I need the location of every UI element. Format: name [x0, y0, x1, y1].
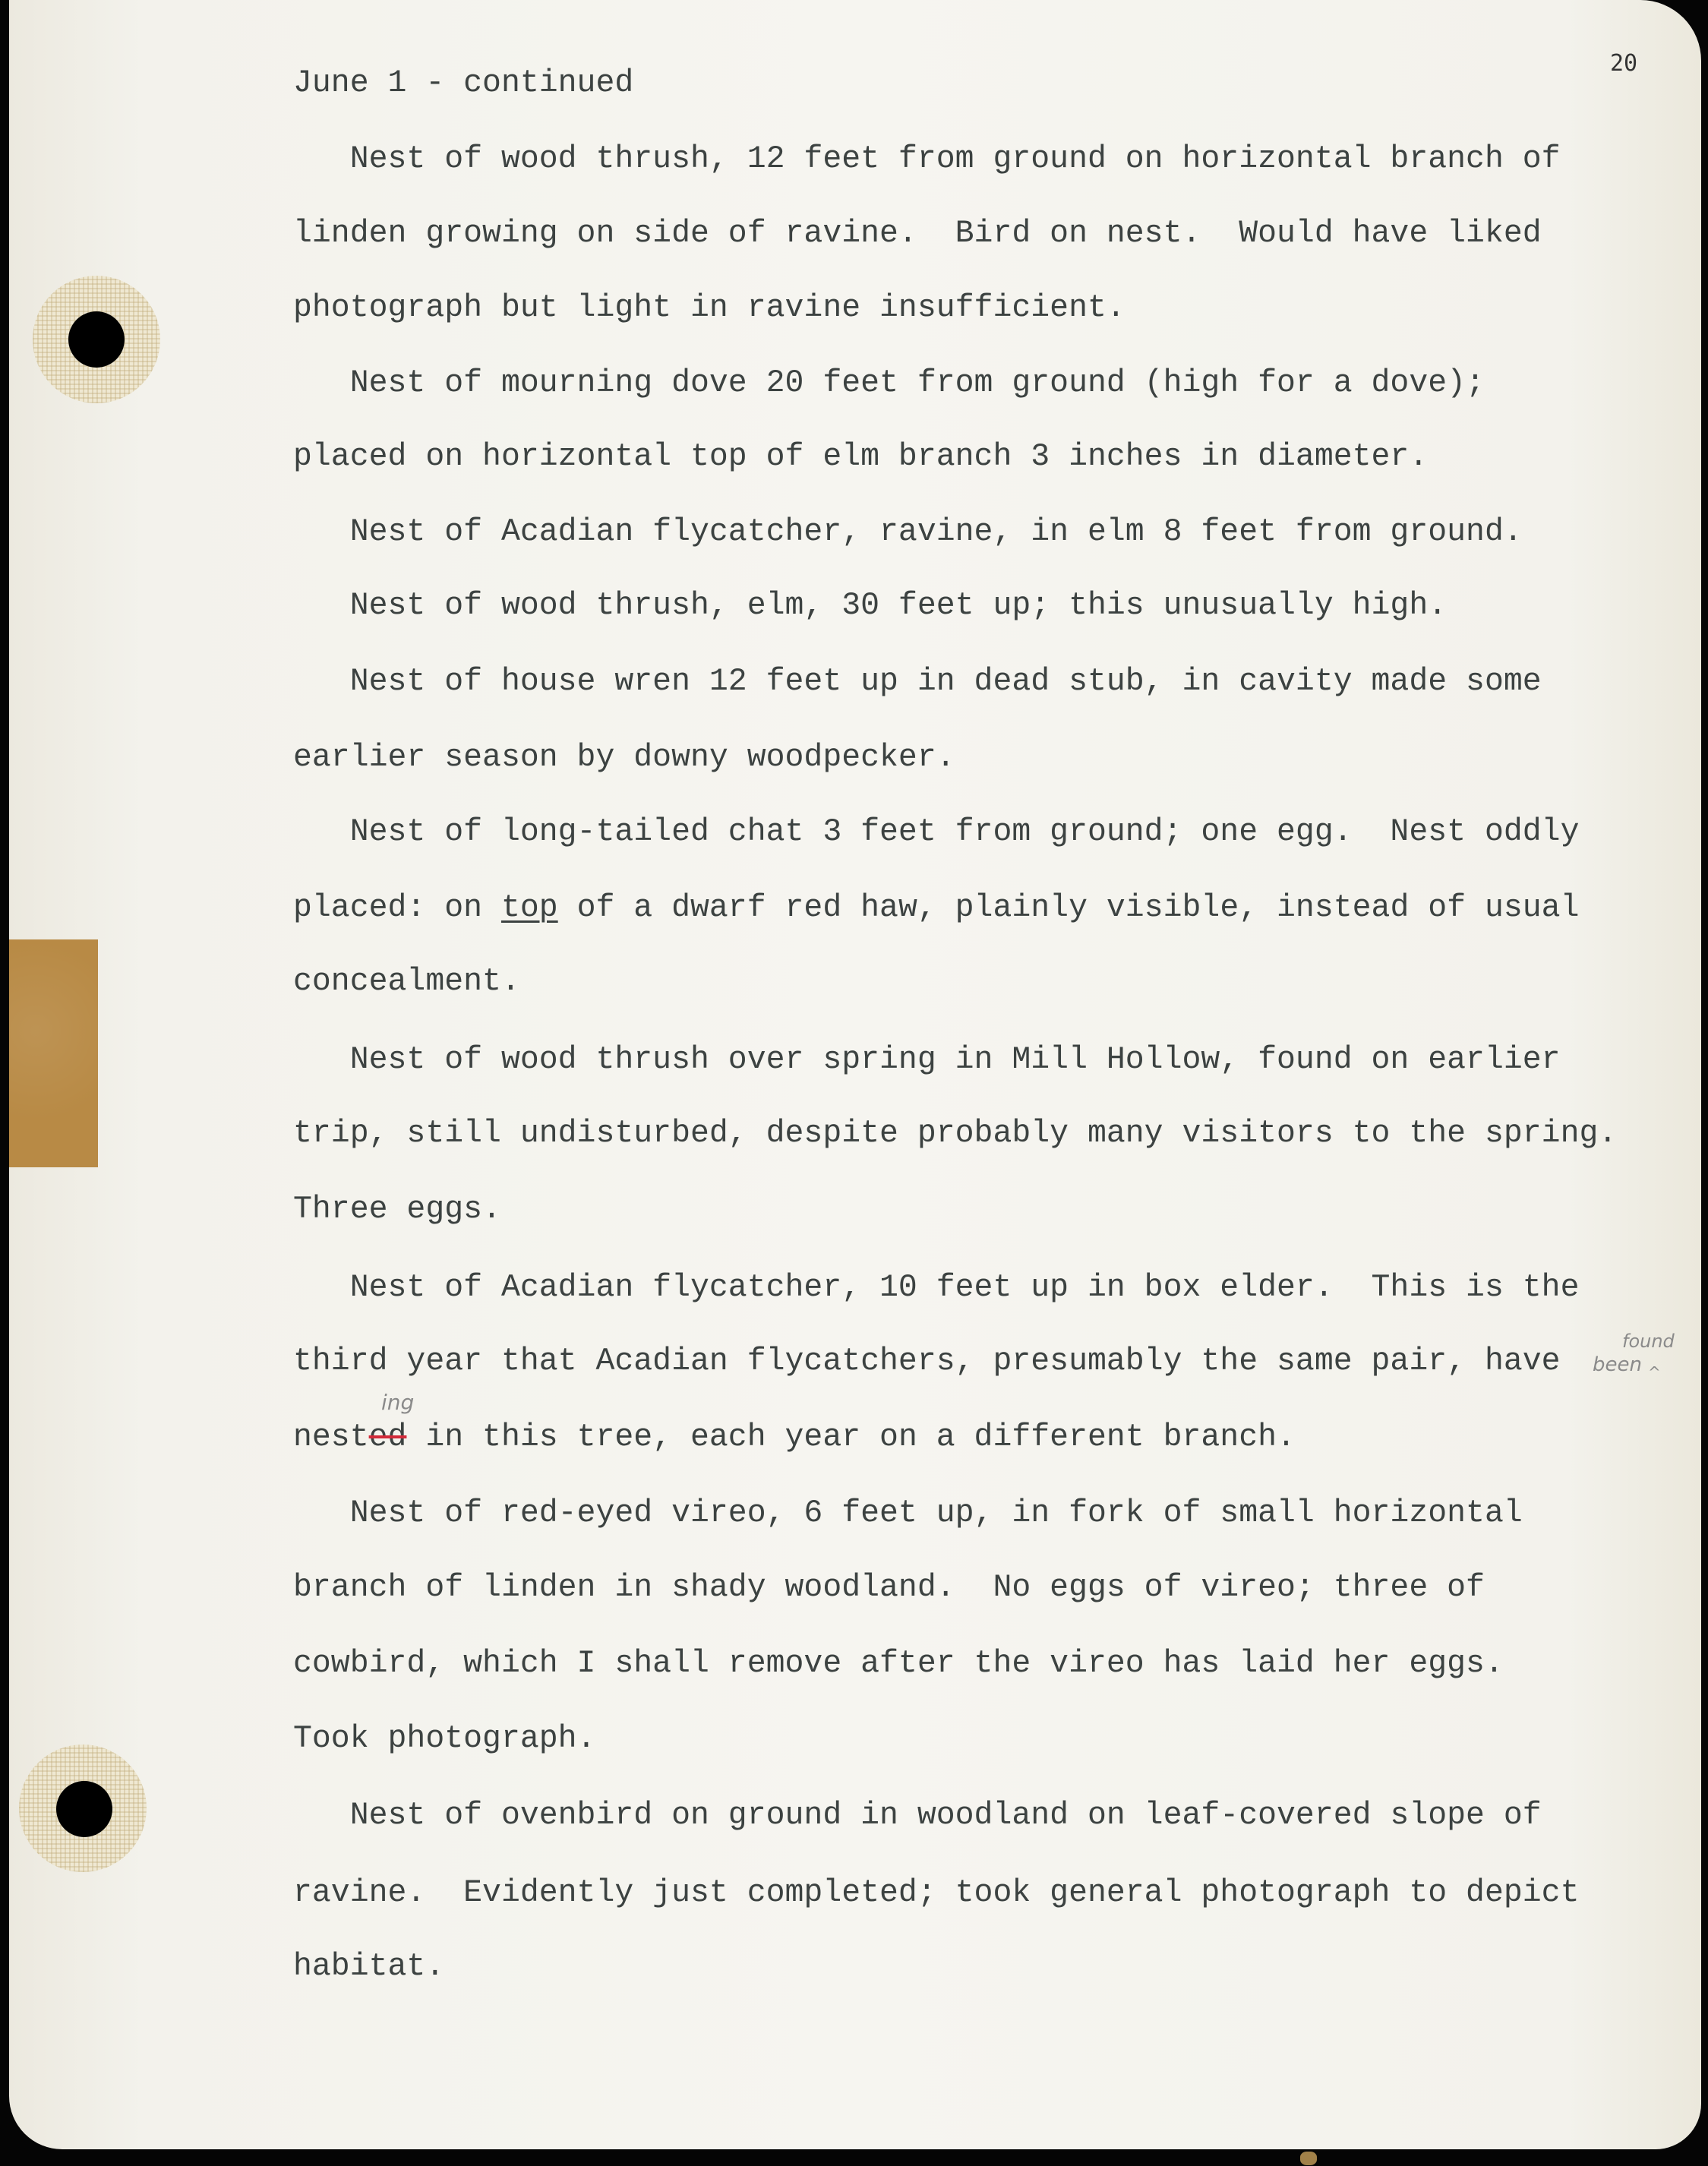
- text-line: concealment.: [293, 965, 520, 999]
- text-segment: of a dwarf red haw, plainly visible, ins…: [558, 890, 1580, 926]
- handwritten-correction-found: found: [1622, 1331, 1675, 1352]
- text-line: habitat.: [293, 1950, 444, 1984]
- text-segment: in this tree, each year on a different b…: [406, 1419, 1296, 1455]
- text-line: Nest of ovenbird on ground in woodland o…: [293, 1799, 1542, 1833]
- text-line: Took photograph.: [293, 1722, 595, 1756]
- typed-journal-page: 20 June 1 - continued Nest of wood thrus…: [9, 0, 1701, 2149]
- text-line-with-correction: nested in this tree, each year on a diff…: [293, 1421, 1296, 1454]
- struck-text: ed: [369, 1419, 407, 1455]
- handwritten-correction-been: been: [1593, 1353, 1642, 1376]
- text-line: Nest of Acadian flycatcher, 10 feet up i…: [293, 1271, 1579, 1305]
- text-line: photograph but light in ravine insuffici…: [293, 292, 1126, 325]
- underlined-word: top: [501, 890, 558, 926]
- text-line: Nest of red-eyed vireo, 6 feet up, in fo…: [293, 1497, 1523, 1530]
- text-line: Nest of long-tailed chat 3 feet from gro…: [293, 816, 1579, 849]
- text-line-with-underline: placed: on top of a dwarf red haw, plain…: [293, 892, 1580, 925]
- text-line: Nest of mourning dove 20 feet from groun…: [293, 367, 1485, 400]
- text-line: branch of linden in shady woodland. No e…: [293, 1571, 1485, 1605]
- text-line: Nest of Acadian flycatcher, ravine, in e…: [293, 516, 1523, 549]
- text-line: Three eggs.: [293, 1193, 501, 1227]
- punch-hole-bottom: [56, 1781, 112, 1837]
- text-line: earlier season by downy woodpecker.: [293, 741, 955, 775]
- text-line: placed on horizontal top of elm branch 3…: [293, 440, 1428, 474]
- text-line: Nest of wood thrush, elm, 30 feet up; th…: [293, 589, 1447, 623]
- page-heading: June 1 - continued: [293, 67, 633, 100]
- text-line: ravine. Evidently just completed; took g…: [293, 1877, 1579, 1910]
- insertion-caret: ^: [1648, 1363, 1661, 1381]
- text-line: third year that Acadian flycatchers, pre…: [293, 1345, 1561, 1378]
- text-segment: nest: [293, 1419, 369, 1455]
- handwritten-correction-ing: ing: [381, 1390, 414, 1415]
- text-segment: placed: on: [293, 890, 501, 926]
- tape-tab: [9, 939, 98, 1167]
- text-line: trip, still undisturbed, despite probabl…: [293, 1117, 1617, 1151]
- punch-hole-top: [68, 311, 125, 368]
- page-number: 20: [1610, 50, 1637, 77]
- text-line: Nest of wood thrush over spring in Mill …: [293, 1044, 1561, 1077]
- stain-mark: [1300, 2152, 1317, 2165]
- text-line: Nest of house wren 12 feet up in dead st…: [293, 665, 1542, 699]
- text-line: linden growing on side of ravine. Bird o…: [293, 217, 1542, 251]
- text-line: Nest of wood thrush, 12 feet from ground…: [293, 143, 1561, 176]
- text-line: cowbird, which I shall remove after the …: [293, 1647, 1504, 1681]
